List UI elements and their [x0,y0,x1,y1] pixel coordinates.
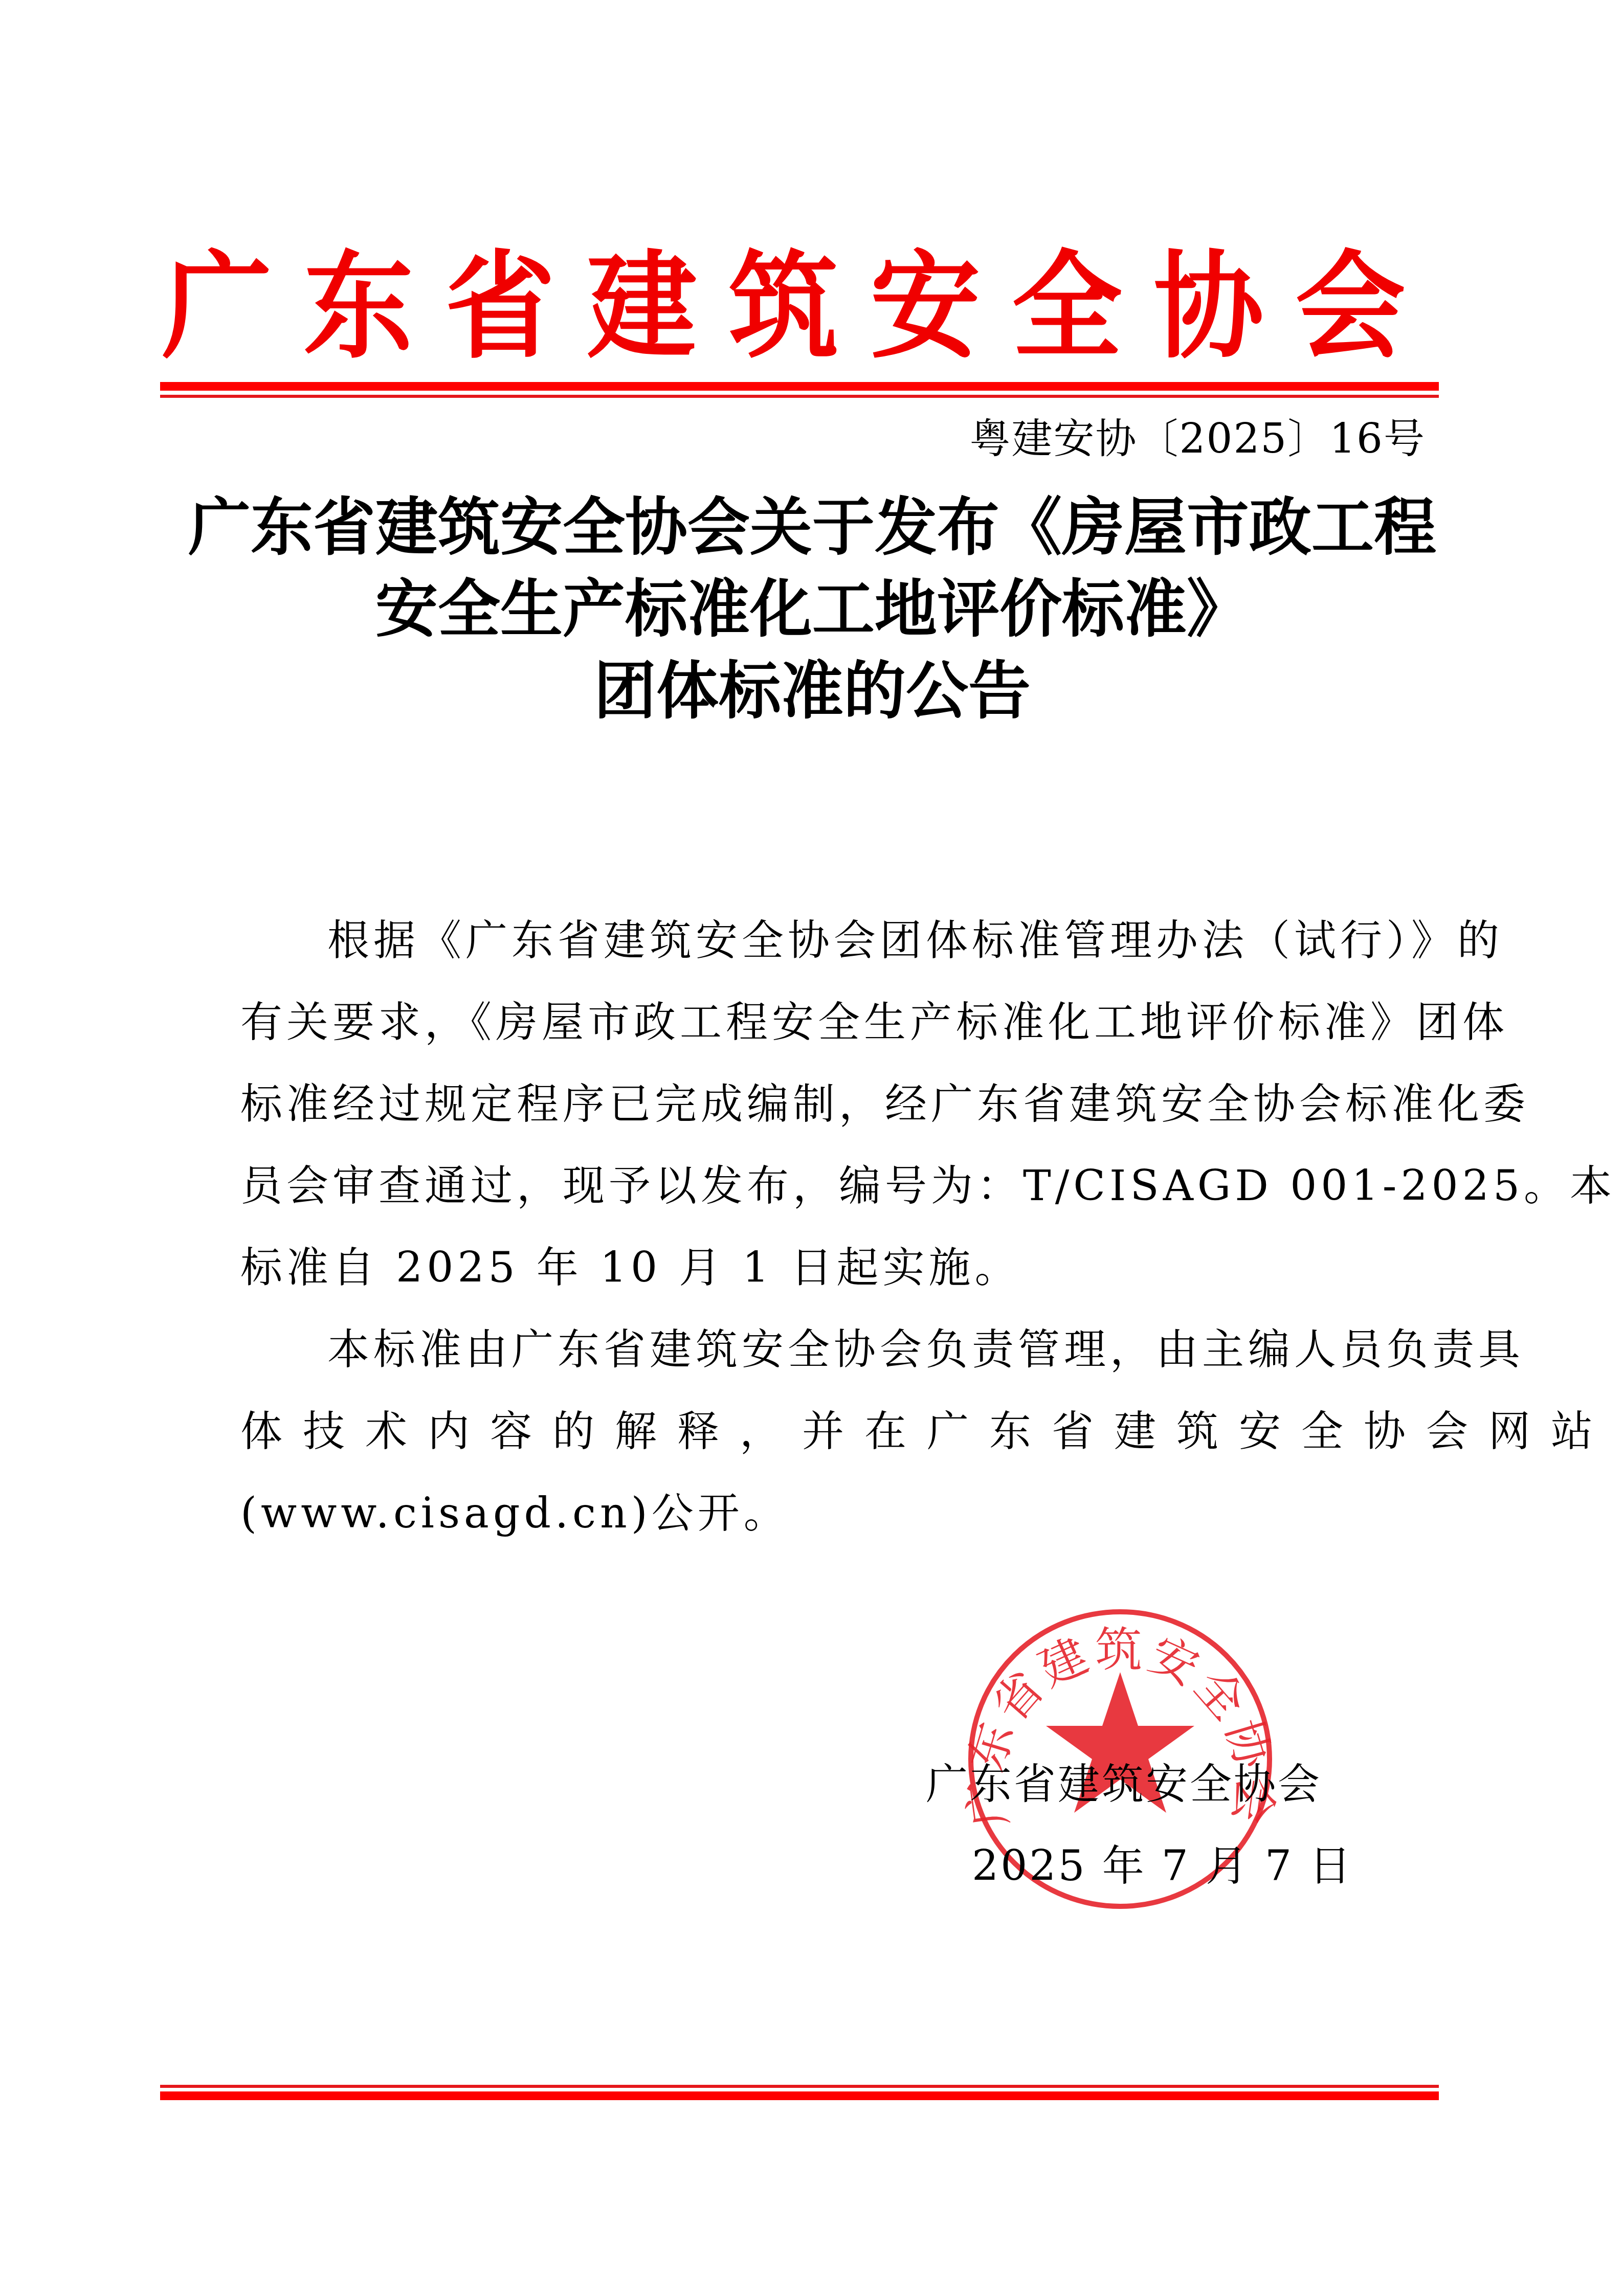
paragraph-2: 本标准由广东省建筑安全协会负责管理，由主编人员负责具 体技术内容的解释，并在广东… [240,1309,1437,1555]
body-line: 根据《广东省建筑安全协会团体标准管理办法（试行）》的 [240,900,1437,982]
body-line: 本标准由广东省建筑安全协会负责管理，由主编人员负责具 [240,1309,1437,1391]
header-rule-thick [160,382,1439,391]
body-line: 标准经过规定程序已完成编制，经广东省建筑安全协会标准化委 [240,1064,1437,1145]
title-line-2: 安全生产标准化工地评价标准》 [160,568,1464,649]
header-rule-thin [160,395,1439,398]
body-line: 有关要求，《房屋市政工程安全生产标准化工地评价标准》团体 [240,982,1437,1064]
announcement-body: 根据《广东省建筑安全协会团体标准管理办法（试行）》的 有关要求，《房屋市政工程安… [240,900,1437,1555]
masthead-org-name: 广东省建筑安全协会 [160,237,1439,377]
footer-rule-thin [160,2085,1439,2088]
footer-rule-thick [160,2091,1439,2100]
title-line-3: 团体标准的公告 [160,649,1464,731]
website-line: (www.cisagd.cn)公开。 [240,1473,1437,1555]
paragraph-1: 根据《广东省建筑安全协会团体标准管理办法（试行）》的 有关要求，《房屋市政工程安… [240,900,1437,1309]
body-line: 标准自 2025 年 10 月 1 日起实施。 [240,1227,1437,1309]
body-line: 员会审查通过，现予以发布，编号为：T/CISAGD 001-2025。本 [240,1145,1437,1227]
title-line-1: 广东省建筑安全协会关于发布《房屋市政工程 [160,486,1464,568]
signature-date: 2025 年 7 月 7 日 [972,1841,1353,1892]
body-line: 体技术内容的解释，并在广东省建筑安全协会网站 [240,1391,1437,1473]
signature-organization: 广东省建筑安全协会 [926,1759,1322,1810]
document-number: 粤建安协〔2025〕16号 [970,413,1426,464]
